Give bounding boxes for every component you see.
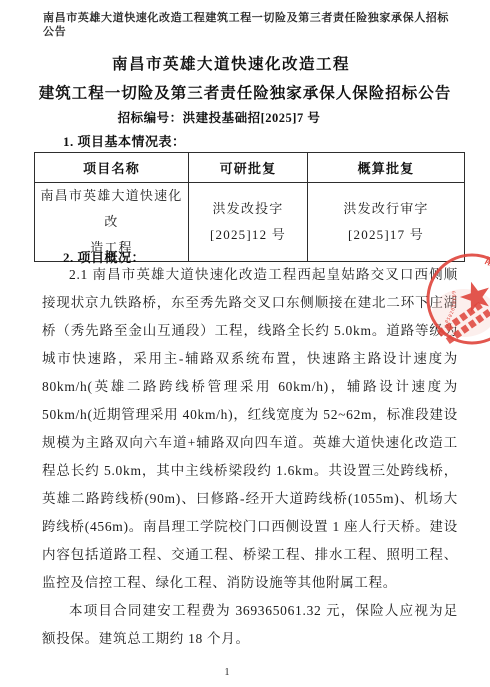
tender-number-line: 招标编号：洪建投基础招[2025]7 号 [0, 108, 464, 126]
table-cell-budget-approval: 洪发改行审字 [2025]17 号 [308, 183, 465, 262]
project-basic-info-table: 项目名称 可研批复 概算批复 南昌市英雄大道快速化改 造工程 洪发改投字 [20… [34, 152, 465, 262]
paragraph-project-overview: 2.1 南昌市英雄大道快速化改造工程西起皇姑路交叉口西侧顺接现状京九铁路桥，东至… [42, 261, 458, 597]
table-header-row: 项目名称 可研批复 概算批复 [35, 153, 465, 183]
page-number: 1 [0, 667, 472, 678]
running-header: 南昌市英雄大道快速化改造工程建筑工程一切险及第三者责任险独家承保人招标公告 [43, 11, 453, 39]
section-heading-basic-info: 1. 项目基本情况表： [63, 131, 186, 150]
budget-doc-line1: 洪发改行审字 [308, 196, 464, 222]
document-subtitle: 建筑工程一切险及第三者责任险独家承保人保险招标公告 [0, 81, 490, 103]
budget-doc-line2: [2025]17 号 [308, 222, 464, 248]
table-header-budget-approval: 概算批复 [308, 153, 465, 183]
table-header-project-name: 项目名称 [35, 153, 189, 183]
seal-top-text: 南昌 [483, 254, 490, 281]
table-header-feasibility-approval: 可研批复 [189, 153, 308, 183]
document-page: 南昌市英雄大道快速化改造工程建筑工程一切险及第三者责任险独家承保人招标公告 南昌… [0, 0, 490, 687]
seal-star-icon [457, 277, 490, 314]
paragraph-contract-cost: 本项目合同建安工程费为 369365061.32 元，保险人应视为足额投保。建筑… [42, 597, 458, 653]
table-cell-feasibility-approval: 洪发改投字 [2025]12 号 [189, 183, 308, 262]
project-name-line1: 南昌市英雄大道快速化改 [35, 183, 188, 235]
feasibility-doc-line2: [2025]12 号 [189, 222, 307, 248]
feasibility-doc-line1: 洪发改投字 [189, 196, 307, 222]
document-title: 南昌市英雄大道快速化改造工程 [0, 52, 476, 74]
